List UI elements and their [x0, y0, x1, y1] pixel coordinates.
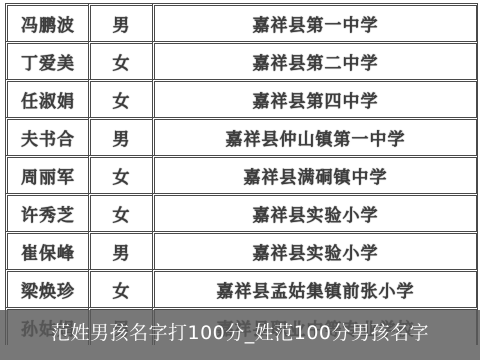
name-cell: 任淑娟 [5, 79, 88, 117]
school-cell: 嘉祥县孟姑集镇前张小学 [152, 269, 478, 307]
school-cell: 嘉祥县第四中学 [152, 79, 478, 117]
document-table-container: 冯鹏波 男 嘉祥县第一中学 丁爱美 女 嘉祥县第二中学 任淑娟 女 嘉祥县第四中… [5, 3, 478, 345]
gender-cell: 男 [88, 117, 152, 155]
name-cell: 周丽军 [5, 155, 88, 193]
gender-cell: 女 [88, 79, 152, 117]
table-row: 冯鹏波 男 嘉祥县第一中学 [5, 3, 478, 41]
table-row: 任淑娟 女 嘉祥县第四中学 [5, 79, 478, 117]
teacher-list-table: 冯鹏波 男 嘉祥县第一中学 丁爱美 女 嘉祥县第二中学 任淑娟 女 嘉祥县第四中… [5, 3, 478, 345]
name-cell: 丁爱美 [5, 41, 88, 79]
name-cell: 冯鹏波 [5, 3, 88, 41]
image-caption: 范姓男孩名字打100分_姓范100分男孩名字 [0, 313, 480, 353]
school-cell: 嘉祥县实验小学 [152, 231, 478, 269]
gender-cell: 女 [88, 155, 152, 193]
school-cell: 嘉祥县实验小学 [152, 193, 478, 231]
table-row: 许秀芝 女 嘉祥县实验小学 [5, 193, 478, 231]
name-cell: 梁焕珍 [5, 269, 88, 307]
table-row: 周丽军 女 嘉祥县满硐镇中学 [5, 155, 478, 193]
school-cell: 嘉祥县第二中学 [152, 41, 478, 79]
name-cell: 许秀芝 [5, 193, 88, 231]
table-row: 崔保峰 男 嘉祥县实验小学 [5, 231, 478, 269]
gender-cell: 男 [88, 3, 152, 41]
name-cell: 夫书合 [5, 117, 88, 155]
gender-cell: 女 [88, 269, 152, 307]
gender-cell: 女 [88, 193, 152, 231]
school-cell: 嘉祥县第一中学 [152, 3, 478, 41]
gender-cell: 女 [88, 41, 152, 79]
table-row: 梁焕珍 女 嘉祥县孟姑集镇前张小学 [5, 269, 478, 307]
gender-cell: 男 [88, 231, 152, 269]
table-row: 夫书合 男 嘉祥县仲山镇第一中学 [5, 117, 478, 155]
table-row: 丁爱美 女 嘉祥县第二中学 [5, 41, 478, 79]
school-cell: 嘉祥县满硐镇中学 [152, 155, 478, 193]
school-cell: 嘉祥县仲山镇第一中学 [152, 117, 478, 155]
name-cell: 崔保峰 [5, 231, 88, 269]
